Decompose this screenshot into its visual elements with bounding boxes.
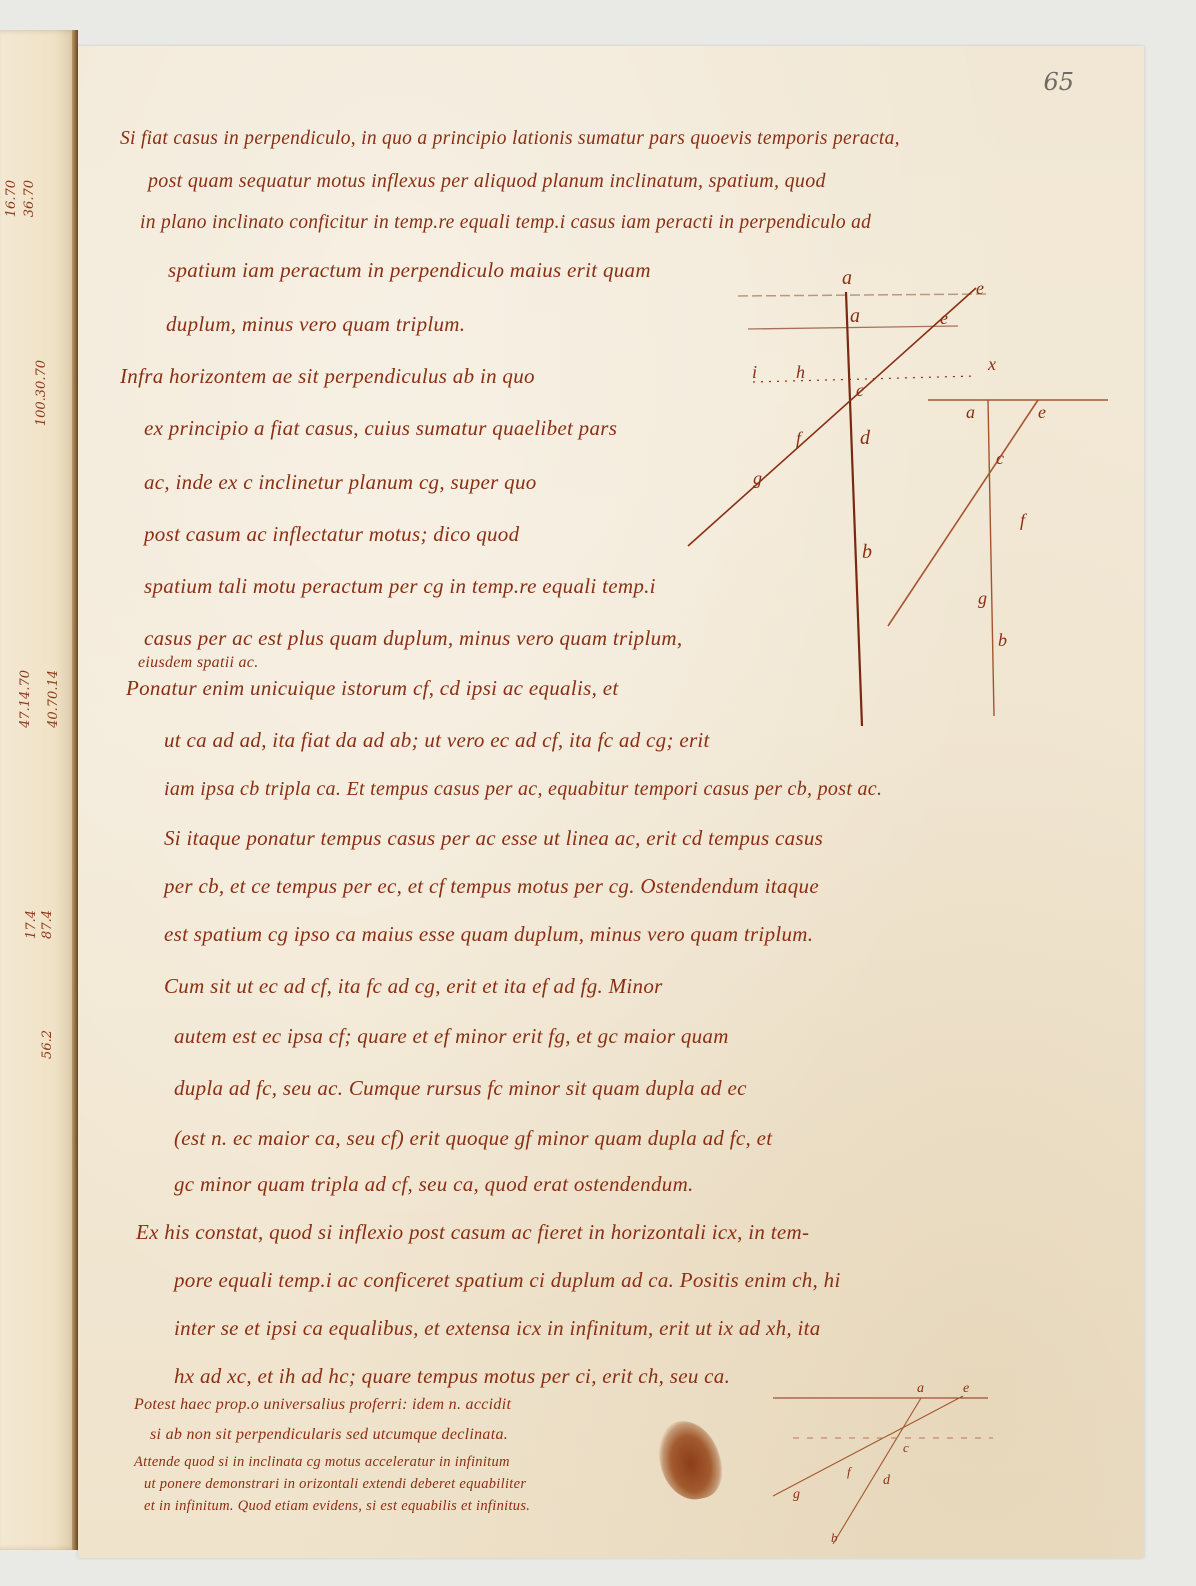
text-line: autem est ec ipsa cf; quare et ef minor …	[174, 1024, 729, 1049]
note-line: et in infinitum. Quod etiam evidens, si …	[144, 1498, 530, 1515]
text-line: hx ad xc, et ih ad hc; quare tempus motu…	[174, 1364, 730, 1389]
geometric-diagram-right: a e c f g b	[868, 396, 1118, 716]
text-line: duplum, minus vero quam triplum.	[166, 312, 465, 337]
text-line: Si fiat casus in perpendiculo, in quo a …	[120, 128, 900, 150]
diagram-label: a	[842, 267, 852, 289]
svg-text:e: e	[940, 308, 948, 328]
svg-text:x: x	[987, 354, 996, 374]
svg-text:h: h	[796, 362, 805, 382]
text-line: post casum ac inflectatur motus; dico qu…	[144, 522, 519, 547]
text-line: Cum sit ut ec ad cf, ita fc ad cg, erit …	[164, 974, 663, 999]
svg-text:b: b	[998, 630, 1007, 650]
svg-text:g: g	[793, 1487, 800, 1502]
text-line: Si itaque ponatur tempus casus per ac es…	[164, 826, 823, 851]
margin-figure: 100.30.70	[34, 360, 49, 426]
svg-text:d: d	[883, 1473, 891, 1488]
text-line: spatium tali motu peractum per cg in tem…	[144, 574, 656, 599]
text-line: est spatium cg ipso ca maius esse quam d…	[164, 922, 813, 947]
svg-text:g: g	[978, 588, 987, 608]
text-line: ex principio a fiat casus, cuius sumatur…	[144, 416, 617, 441]
text-line: ut ca ad ad, ita fiat da ad ab; ut vero …	[164, 728, 710, 753]
geometric-diagram-bottom: a e c f d g b	[773, 1346, 1003, 1546]
svg-text:a: a	[917, 1381, 924, 1396]
note-line: si ab non sit perpendicularis sed utcumq…	[150, 1426, 508, 1444]
svg-text:e: e	[963, 1381, 969, 1396]
margin-figure: 56.2	[40, 1030, 55, 1059]
text-line: Infra horizontem ae sit perpendiculus ab…	[120, 364, 535, 389]
svg-text:c: c	[996, 448, 1004, 468]
text-line: in plano inclinato conficitur in temp.re…	[140, 212, 871, 234]
text-line: per cb, et ce tempus per ec, et cf tempu…	[164, 874, 819, 899]
text-line-insertion: eiusdem spatii ac.	[138, 654, 259, 672]
folio-number: 65	[1043, 68, 1074, 96]
text-line: ac, inde ex c inclinetur planum cg, supe…	[144, 470, 537, 495]
svg-text:a: a	[850, 305, 860, 327]
note-line: ut ponere demonstrari in orizontali exte…	[144, 1476, 526, 1493]
svg-text:f: f	[847, 1464, 853, 1479]
note-line: Potest haec prop.o universalius proferri…	[134, 1396, 511, 1414]
text-line: inter se et ipsi ca equalibus, et extens…	[174, 1316, 821, 1341]
text-line: post quam sequatur motus inflexus per al…	[148, 170, 826, 193]
svg-text:e: e	[1038, 402, 1046, 422]
margin-figure: 36.70	[22, 180, 37, 217]
margin-figure: 87.4	[40, 910, 55, 939]
svg-text:f: f	[796, 428, 804, 448]
margin-figure: 16.70	[4, 180, 19, 217]
margin-figure: 17.4	[24, 910, 39, 939]
facing-page: 16.70 36.70 100.30.70 40.70.14 47.14.70 …	[0, 30, 78, 1550]
svg-text:e: e	[976, 278, 984, 298]
text-line: dupla ad fc, seu ac. Cumque rursus fc mi…	[174, 1076, 747, 1101]
text-line: casus per ac est plus quam duplum, minus…	[144, 626, 682, 651]
note-line: Attende quod si in inclinata cg motus ac…	[134, 1454, 510, 1471]
text-line: pore equali temp.i ac conficeret spatium…	[174, 1268, 841, 1293]
svg-text:a: a	[966, 402, 975, 422]
svg-text:b: b	[831, 1530, 838, 1545]
svg-text:f: f	[1020, 510, 1028, 530]
manuscript-folio: 65 Si fiat casus in perpendiculo, in quo…	[78, 46, 1144, 1558]
margin-figure: 40.70.14	[46, 670, 61, 728]
svg-text:c: c	[903, 1440, 909, 1455]
text-line: gc minor quam tripla ad cf, seu ca, quod…	[174, 1172, 694, 1197]
margin-figure: 47.14.70	[18, 670, 33, 728]
svg-text:i: i	[752, 362, 757, 382]
svg-text:g: g	[753, 468, 762, 488]
svg-text:c: c	[856, 380, 864, 400]
text-line: Ex his constat, quod si inflexio post ca…	[136, 1220, 809, 1245]
text-line: iam ipsa cb tripla ca. Et tempus casus p…	[164, 778, 882, 801]
text-line: spatium iam peractum in perpendiculo mai…	[168, 258, 651, 283]
text-line: (est n. ec maior ca, seu cf) erit quoque…	[174, 1126, 772, 1151]
text-line: Ponatur enim unicuique istorum cf, cd ip…	[126, 676, 618, 701]
